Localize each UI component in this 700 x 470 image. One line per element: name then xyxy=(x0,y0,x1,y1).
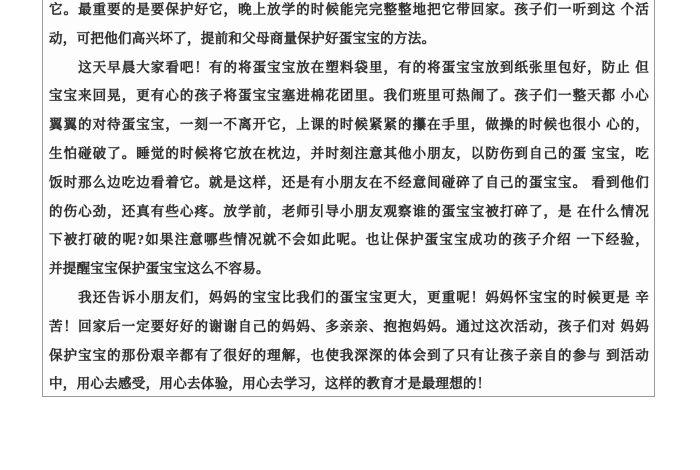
text-line: 并提醒宝宝保护蛋宝宝这么不容易。 xyxy=(49,255,649,284)
document-text-box: 它。最重要的是要保护好它，晚上放学的时候能完完整整地把它带回家。孩子们一听到这 … xyxy=(42,0,655,397)
text-line: 饭时那么边吃边看着它。就是这样，还是有小朋友在不经意间碰碎了自己的蛋宝宝。 看到… xyxy=(49,169,649,198)
text-line: 保护宝宝的那份艰辛都有了很好的理解，也使我深深的体会到了只有让孩子亲自的参与 到… xyxy=(49,342,649,371)
scanned-document-page: 它。最重要的是要保护好它，晚上放学的时候能完完整整地把它带回家。孩子们一听到这 … xyxy=(0,0,700,470)
document-body: 它。最重要的是要保护好它，晚上放学的时候能完完整整地把它带回家。孩子们一听到这 … xyxy=(49,0,649,397)
text-line: 的伤心劲，还真有些心疼。放学前，老师引导小朋友观察谁的蛋宝宝被打碎了，是 在什么… xyxy=(49,198,649,227)
text-line: 苦！回家后一定要好好的谢谢自己的妈妈、多亲亲、抱抱妈妈。通过这次活动，孩子们对 … xyxy=(49,313,649,342)
text-line: 宝宝来回晃，更有心的孩子将蛋宝宝塞进棉花团里。我们班里可热闹了。孩子们一整天都 … xyxy=(49,82,649,111)
text-line: 它。最重要的是要保护好它，晚上放学的时候能完完整整地把它带回家。孩子们一听到这 … xyxy=(49,0,649,25)
text-line: 翼翼的对待蛋宝宝，一刻一不离开它，上课的时候紧紧的攥在手里，做操的时候也很小 心… xyxy=(49,111,649,140)
text-line: 动，可把他们高兴坏了，提前和父母商量保护好蛋宝宝的方法。 xyxy=(49,25,649,54)
text-line: 下被打破的呢?如果注意哪些情况就不会如此呢。也让保护蛋宝宝成功的孩子介绍 一下经… xyxy=(49,226,649,255)
text-line: 生怕碰破了。睡觉的时候将它放在枕边，并时刻注意其他小朋友，以防伤到自己的蛋 宝宝… xyxy=(49,140,649,169)
text-line: 中，用心去感受，用心去体验，用心去学习，这样的教育才是最理想的！ xyxy=(49,370,649,397)
text-line: 这天早晨大家看吧！有的将蛋宝宝放在塑料袋里，有的将蛋宝宝放到纸张里包好，防止 但 xyxy=(49,54,649,83)
text-line: 我还告诉小朋友们，妈妈的宝宝比我们的蛋宝宝更大，更重呢！妈妈怀宝宝的时候更是 辛 xyxy=(49,284,649,313)
